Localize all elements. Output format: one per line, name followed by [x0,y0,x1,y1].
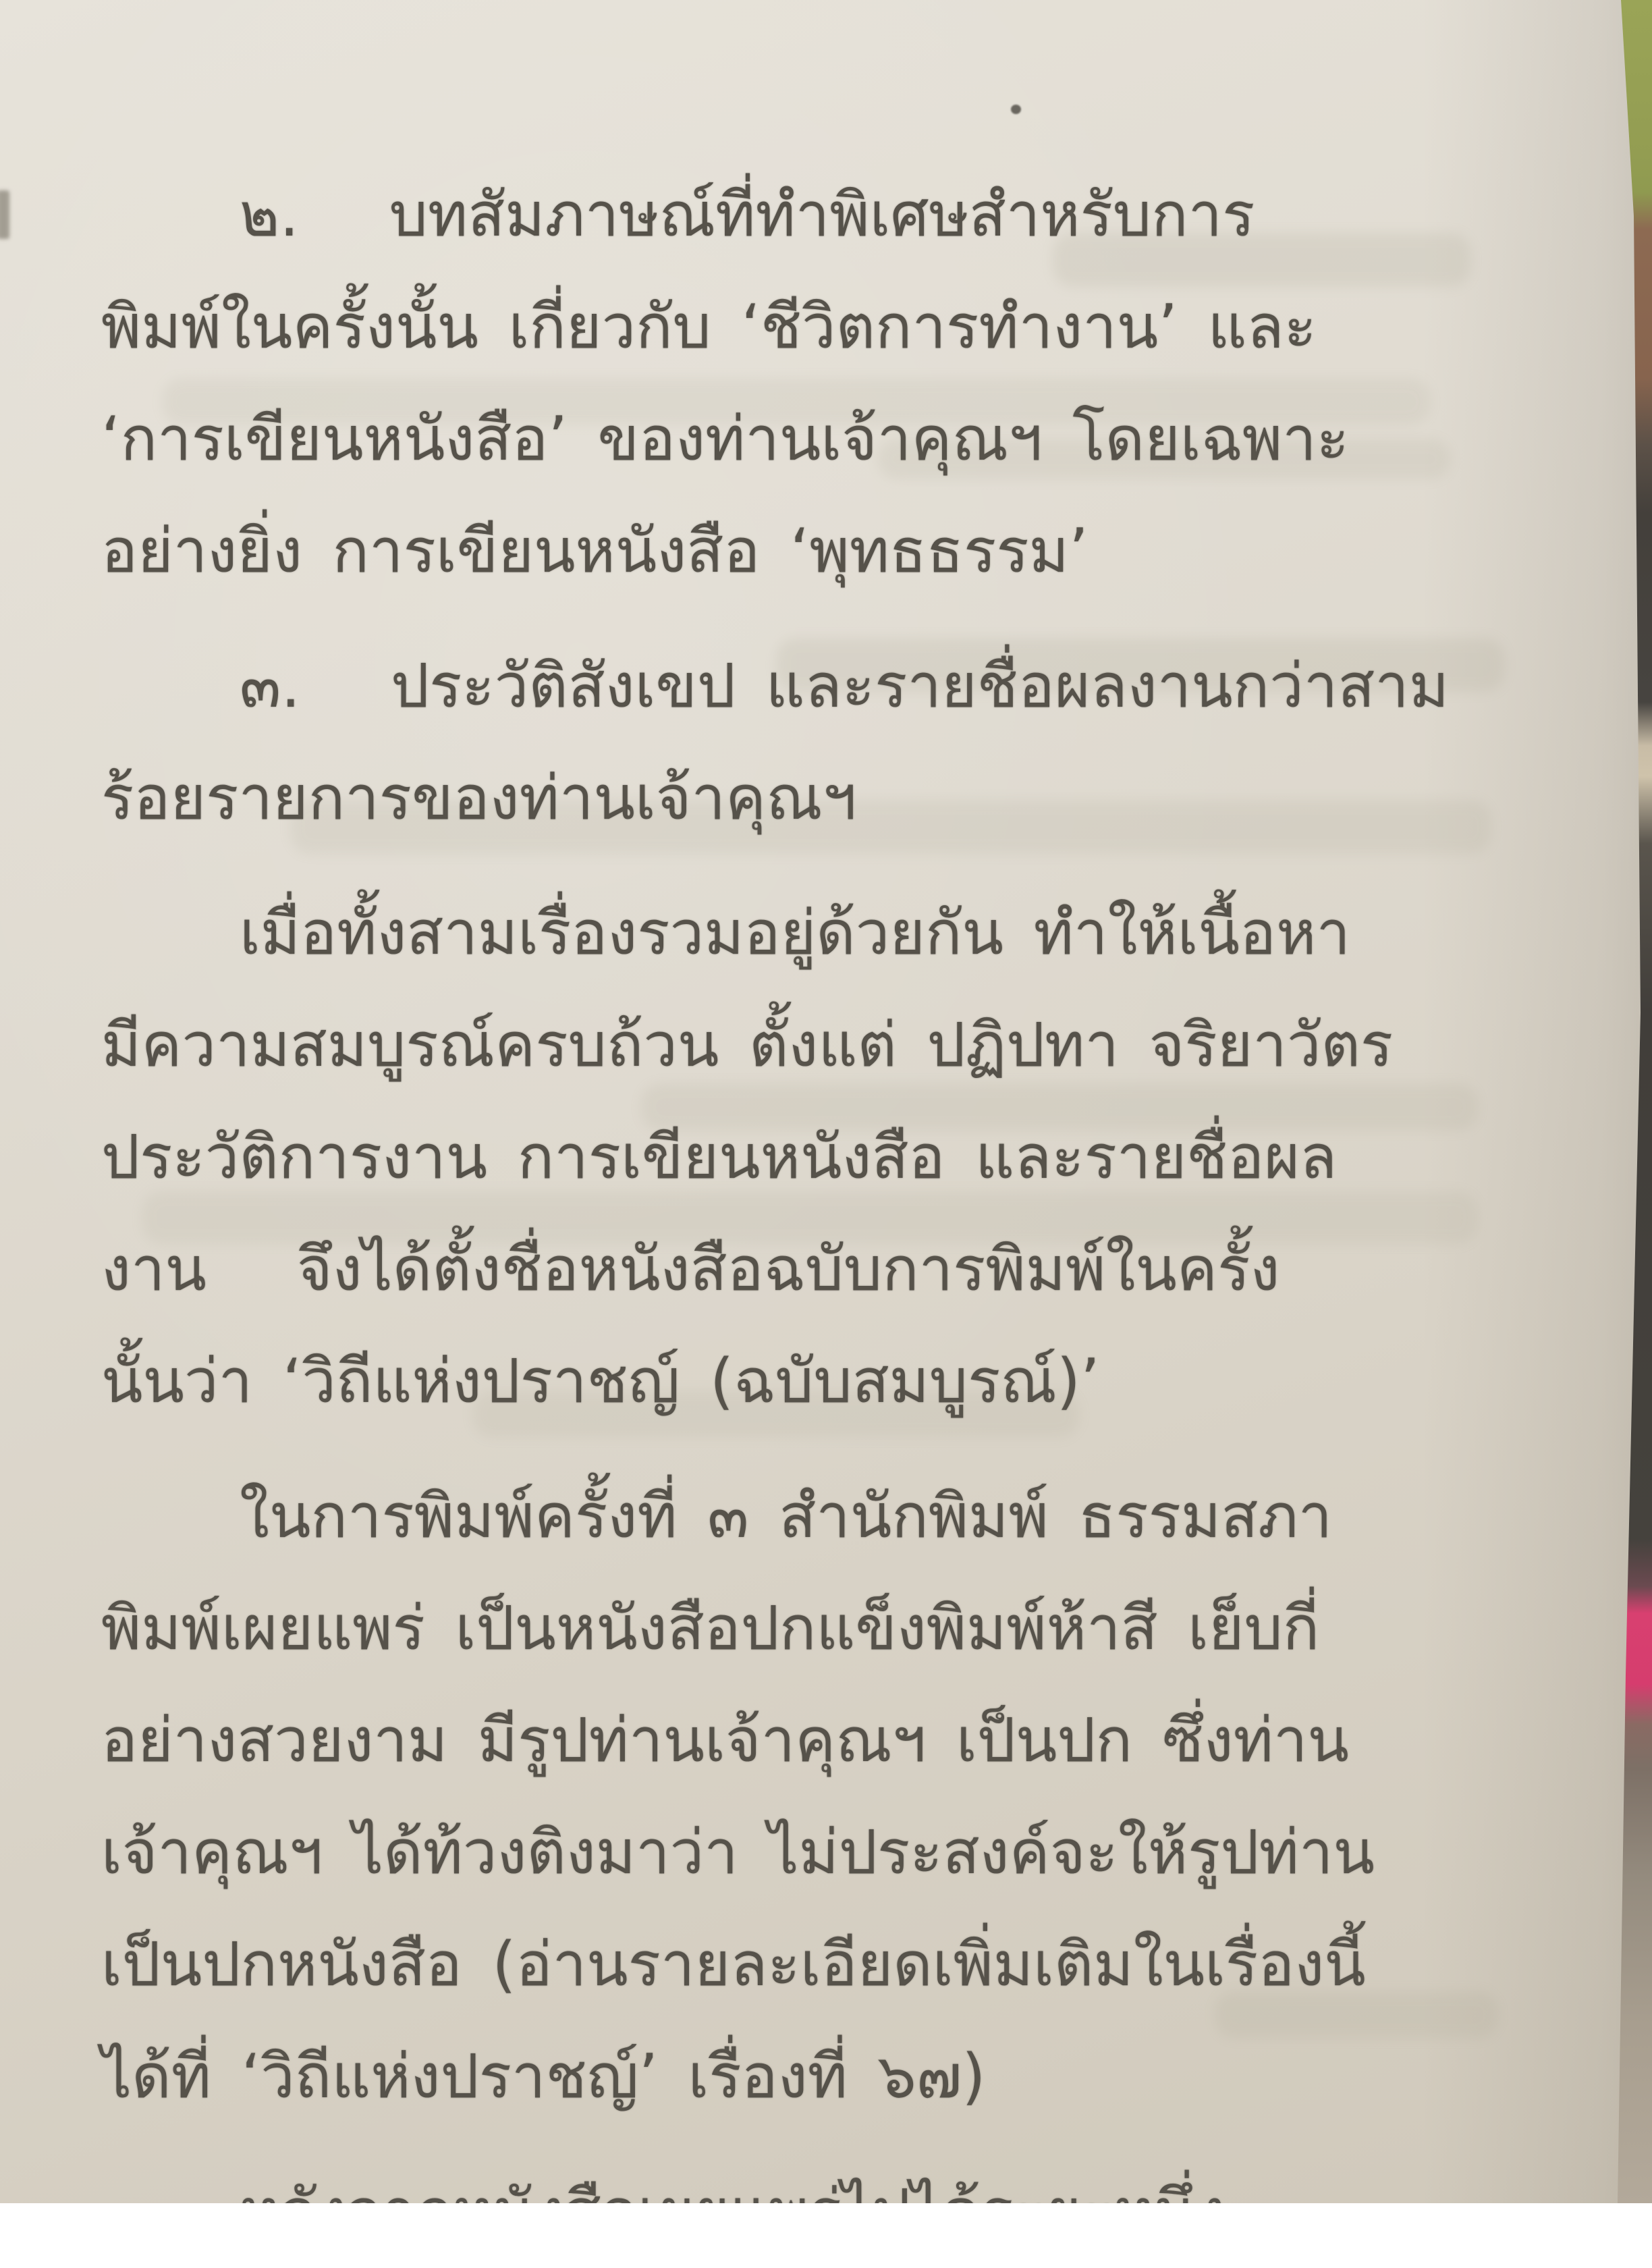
text-line: ๒. บทสัมภาษณ์ที่ทำพิเศษสำหรับการ [101,159,1383,271]
text-line: นั้นว่า ‘วิถีแห่งปราชญ์ (ฉบับสมบูรณ์)’ [101,1326,1383,1438]
text-line: ร้อยรายการของท่านเจ้าคุณฯ [101,742,1383,855]
text-line: ‘การเขียนหนังสือ’ ของท่านเจ้าคุณฯ โดยเฉพ… [101,383,1383,495]
paragraph: หลังจากหนังสือเผยแพร่ไปได้ระยะหนึ่ง [101,2156,1383,2203]
book-page: ๒. บทสัมภาษณ์ที่ทำพิเศษสำหรับการ พิมพ์ใน… [0,0,1652,2203]
text-line: เจ้าคุณฯ ได้ท้วงติงมาว่า ไม่ประสงค์จะให้… [101,1797,1383,1909]
text-line: พิมพ์เผยแพร่ เป็นหนังสือปกแข็งพิมพ์ห้าสี… [101,1573,1383,1685]
text-block: ๒. บทสัมภาษณ์ที่ทำพิเศษสำหรับการ พิมพ์ใน… [101,159,1383,2203]
text-line: ได้ที่ ‘วิถีแห่งปราชญ์’ เรื่องที่ ๖๗) [101,2021,1383,2133]
text-line: งาน จึงได้ตั้งชื่อหนังสือฉบับการพิมพ์ในค… [101,1214,1383,1326]
text-line: ประวัติการงาน การเขียนหนังสือ และรายชื่อ… [101,1102,1383,1214]
text-line: มีความสมบูรณ์ครบถ้วน ตั้งแต่ ปฏิปทา จริย… [101,990,1383,1102]
edge-smudge [0,190,9,239]
text-line-partial: หลังจากหนังสือเผยแพร่ไปได้ระยะหนึ่ง [101,2156,1383,2203]
ink-dot [1011,105,1021,114]
paragraph: ๓. ประวัติสังเขป และรายชื่อผลงานกว่าสาม … [101,630,1383,855]
text-line: อย่างยิ่ง การเขียนหนังสือ ‘พุทธธรรม’ [101,495,1383,607]
paragraph: ในการพิมพ์ครั้งที่ ๓ สำนักพิมพ์ ธรรมสภา … [101,1461,1383,2133]
text-line: ในการพิมพ์ครั้งที่ ๓ สำนักพิมพ์ ธรรมสภา [101,1461,1383,1573]
text-line: ๓. ประวัติสังเขป และรายชื่อผลงานกว่าสาม [101,630,1383,742]
paragraph: เมื่อทั้งสามเรื่องรวมอยู่ด้วยกัน ทำให้เน… [101,878,1383,1438]
text-line: พิมพ์ในครั้งนั้น เกี่ยวกับ ‘ชีวิตการทำงา… [101,271,1383,383]
text-line: เป็นปกหนังสือ (อ่านรายละเอียดเพิ่มเติมใน… [101,1909,1383,2021]
paragraph: ๒. บทสัมภาษณ์ที่ทำพิเศษสำหรับการ พิมพ์ใน… [101,159,1383,607]
text-line: เมื่อทั้งสามเรื่องรวมอยู่ด้วยกัน ทำให้เน… [101,878,1383,990]
text-line: อย่างสวยงาม มีรูปท่านเจ้าคุณฯ เป็นปก ซึ่… [101,1685,1383,1797]
